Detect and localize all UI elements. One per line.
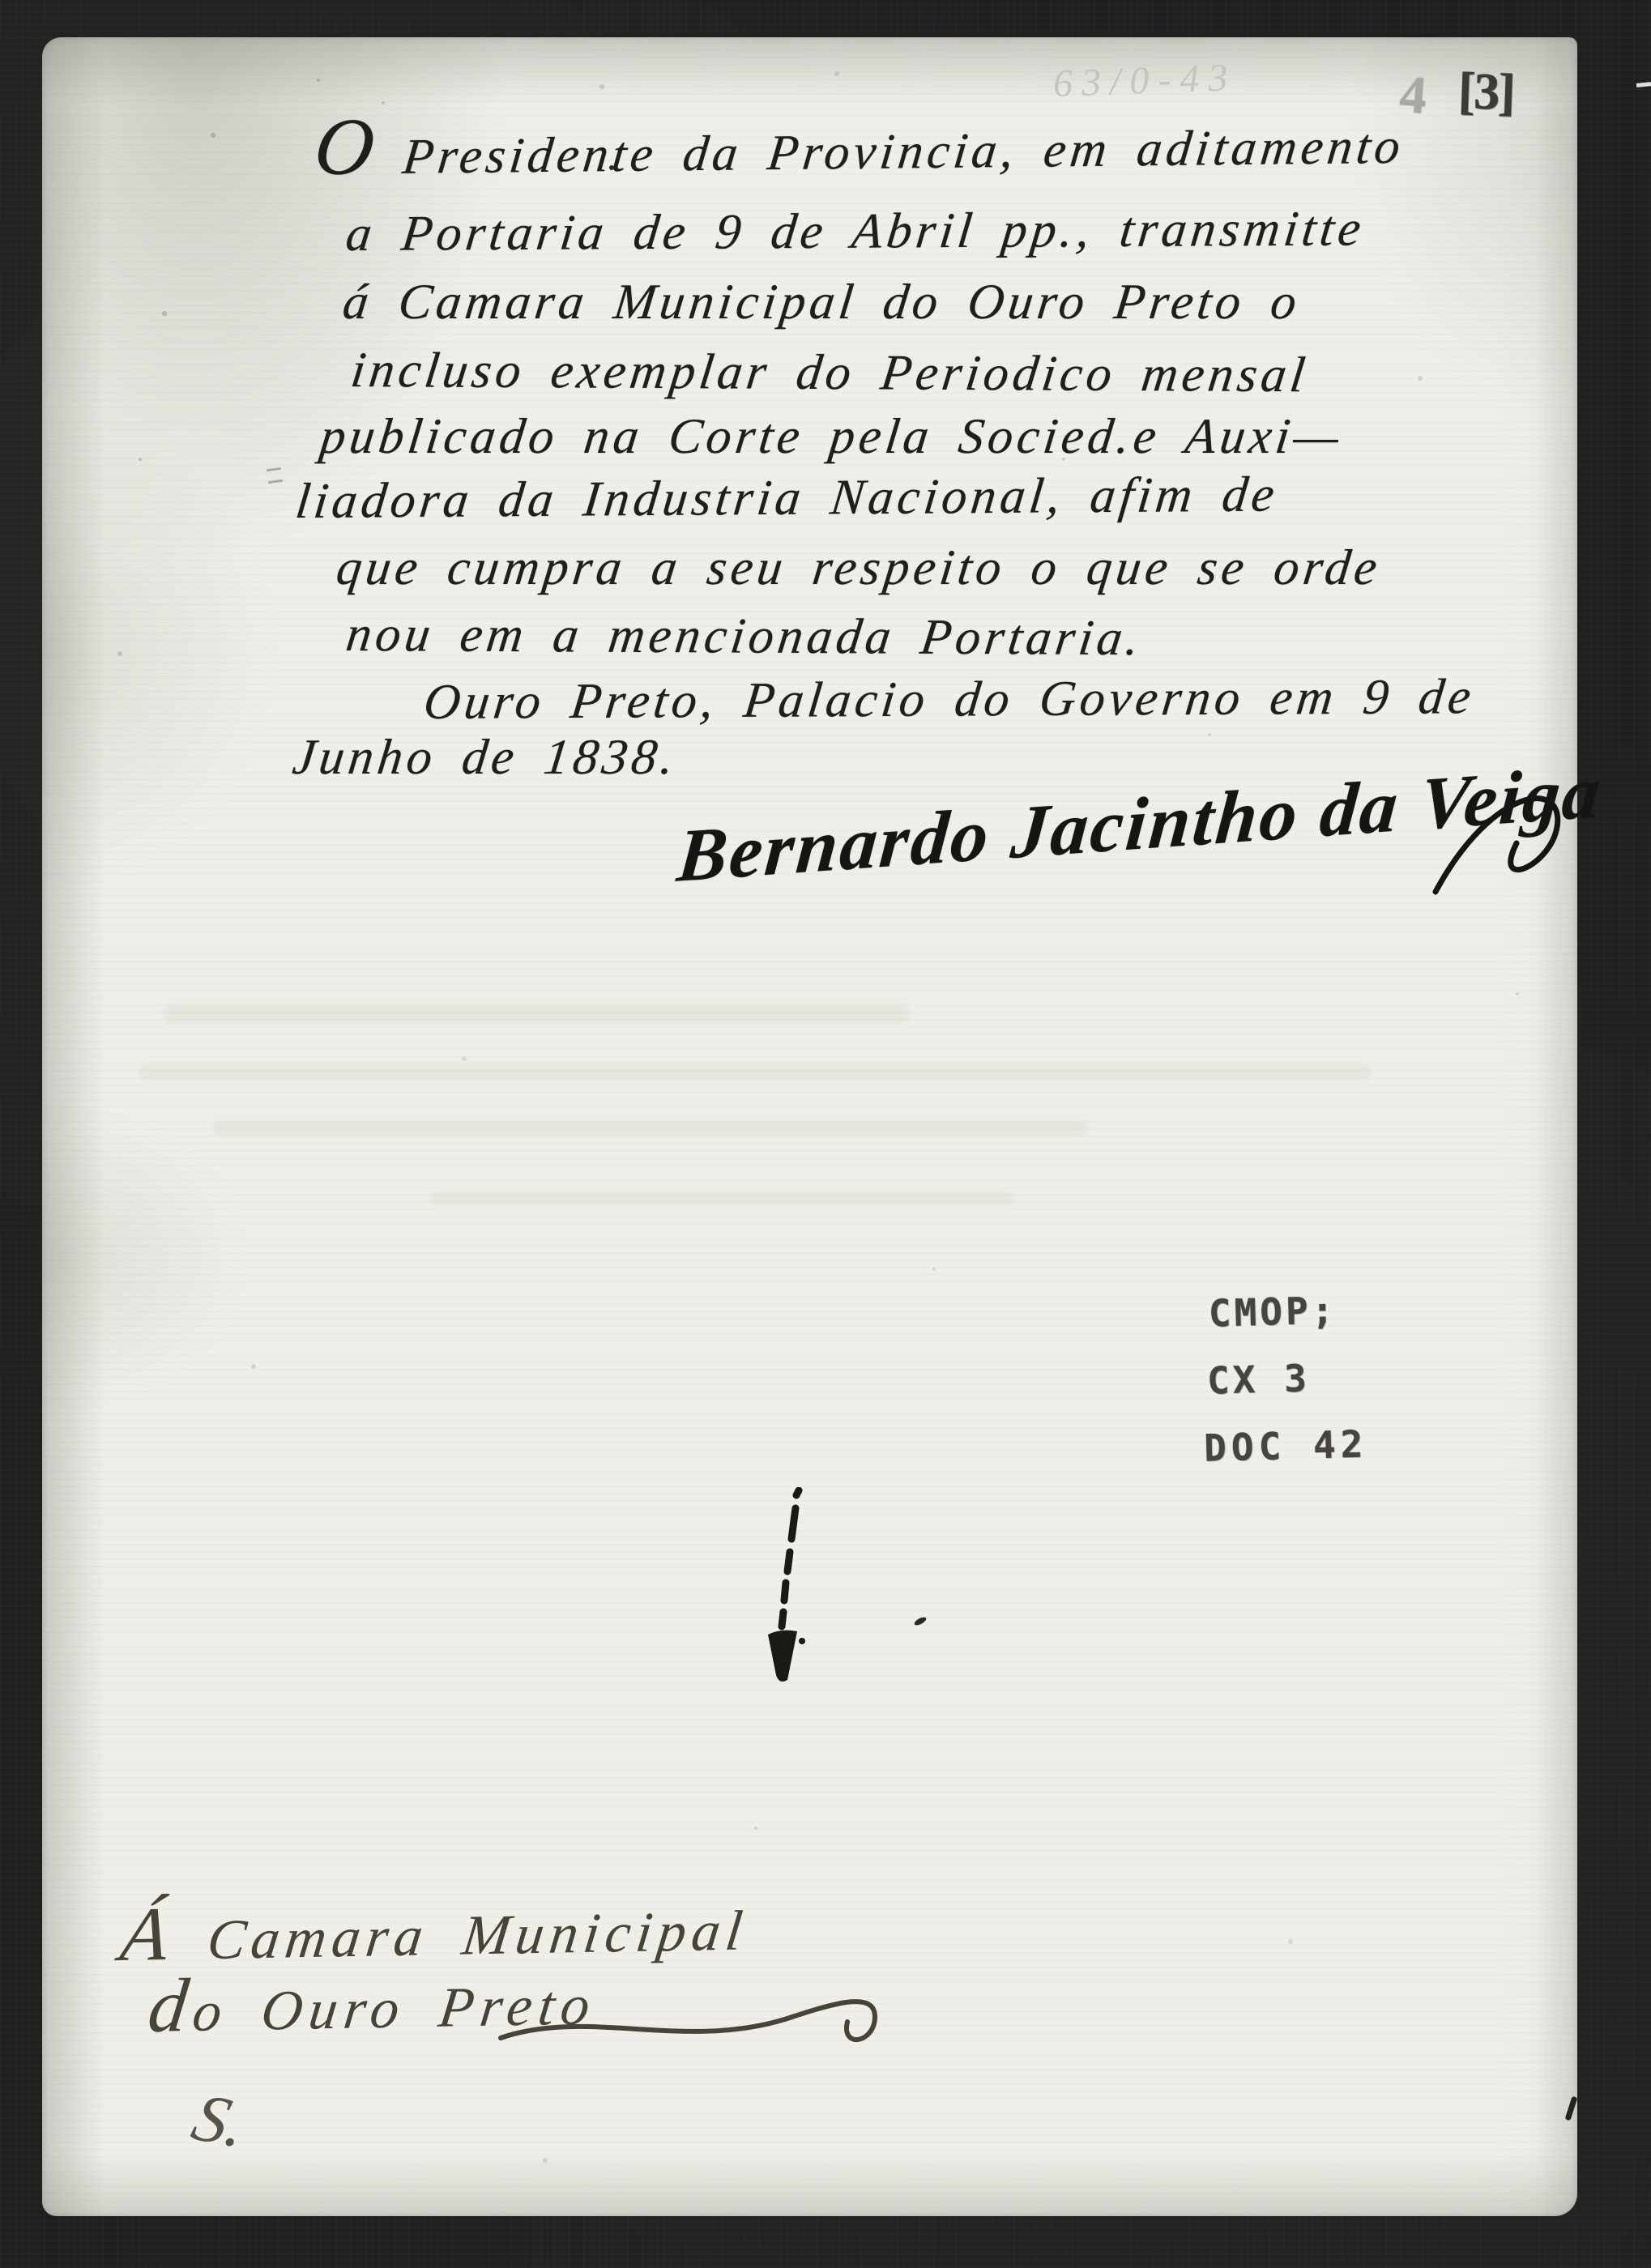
signature-flourish (1419, 770, 1606, 924)
letter-line: liadora da Industria Nacional, afim de (293, 470, 1281, 526)
letter-dateline: Ouro Preto, Palacio do Governo em 9 de (421, 671, 1478, 727)
stamp-box: CX 3 (1206, 1343, 1367, 1414)
archive-stamp: CMOP; CX 3 DOC 42 (1208, 1277, 1369, 1481)
letter-line: incluso exemplar do Periodico mensal (348, 345, 1312, 400)
address-line-1: Á Camara Municipal (117, 1899, 752, 1975)
bracketed-folio-number: [3] (1457, 61, 1515, 122)
faint-pencil-annotation: 63/0-43 (1052, 55, 1237, 106)
stamp-fund: CMOP; (1208, 1277, 1365, 1348)
letter-line: que cumpra a seu respeito o que se orde (334, 543, 1384, 593)
letter-line: a Portaria de 9 de Abril pp., transmitte (343, 203, 1367, 259)
stamp-doc: DOC 42 (1203, 1410, 1368, 1481)
bleed-streak (212, 1121, 1087, 1136)
bleed-streak (431, 1192, 1014, 1204)
bleed-streak (139, 1064, 1371, 1081)
address-flourish (493, 1975, 946, 2072)
border-scratch (1636, 82, 1651, 87)
letter-dateline: Junho de 1838. (290, 732, 680, 782)
letter-line: publicado na Corte pela Socied.e Auxi— (318, 411, 1346, 462)
manuscript-page: 63/0-43 4 [3] O Presidente da Provincia,… (42, 37, 1577, 2216)
letter-line: á Camara Municipal do Ouro Preto o (340, 277, 1303, 327)
paraph-mark: S. (184, 2078, 256, 2164)
letter-line: O Presidente da Provincia, em aditamento (311, 122, 1406, 183)
down-arrow-ink-mark (753, 1487, 831, 1706)
ink-speck (609, 165, 614, 170)
edge-ink-mark (1565, 2096, 1578, 2121)
margin-mark (267, 467, 283, 484)
document-scan: 63/0-43 4 [3] O Presidente da Provincia,… (0, 0, 1651, 2268)
paper-speckles (42, 37, 44, 39)
ink-speck (913, 1616, 927, 1627)
pencil-page-number: 4 (1397, 64, 1428, 127)
bleed-streak (164, 1005, 909, 1023)
letter-line: nou em a mencionada Portaria. (343, 609, 1146, 663)
